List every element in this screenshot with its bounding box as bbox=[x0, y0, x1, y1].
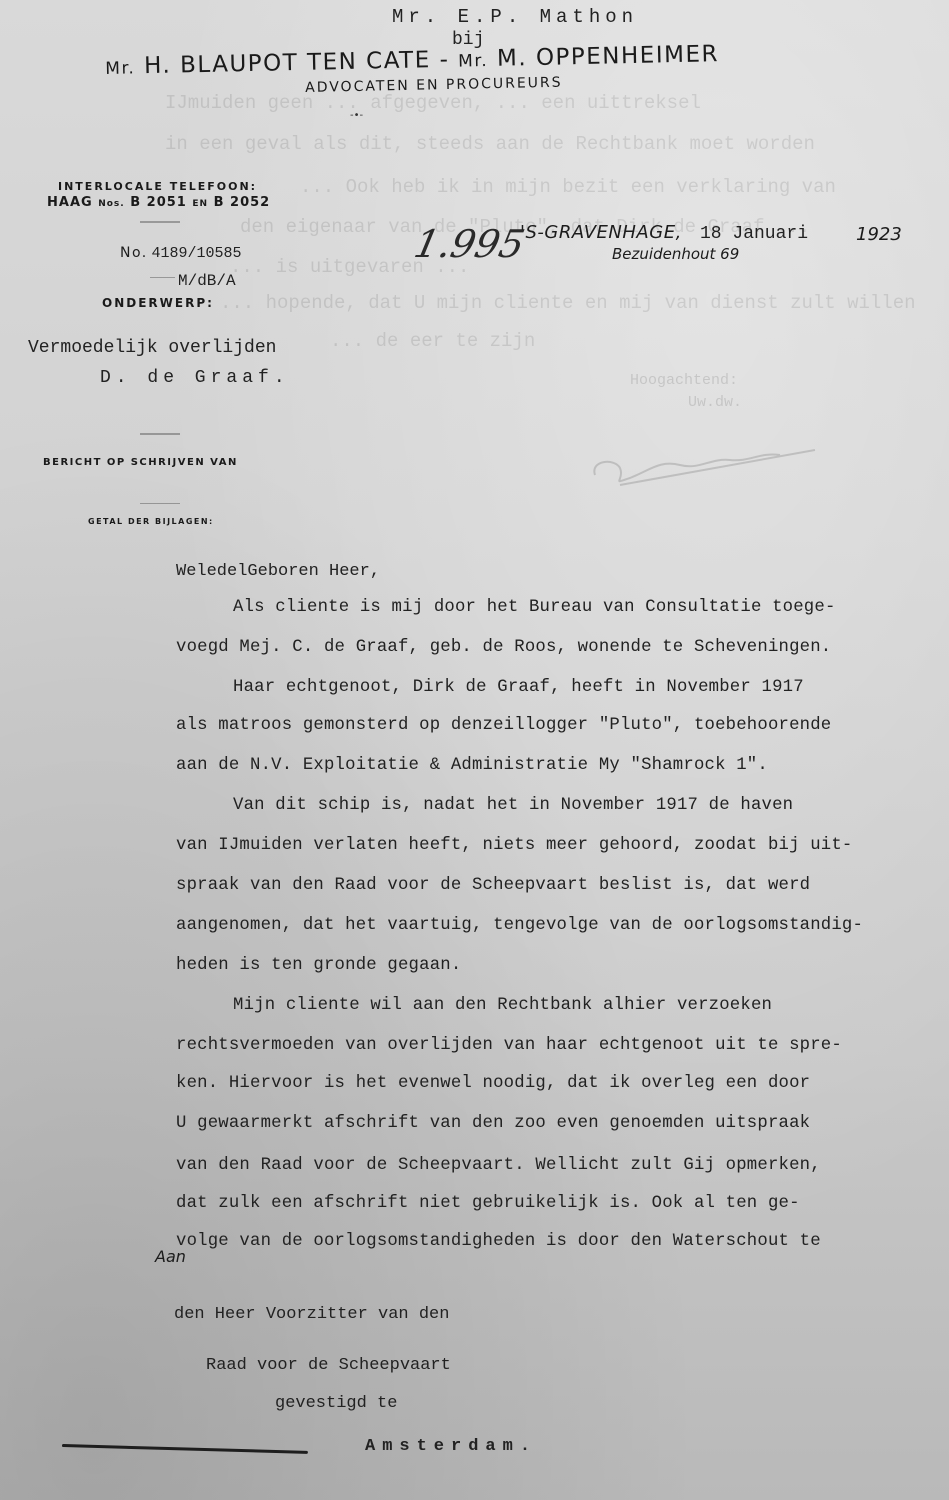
reply-to-label: BERICHT OP SCHRIJVEN VAN bbox=[43, 457, 238, 468]
letter-line: rechtsvermoeden van overlijden van haar … bbox=[176, 1036, 842, 1055]
letter-line: ken. Hiervoor is het evenwel noodig, dat… bbox=[176, 1074, 810, 1093]
attachments-label: GETAL DER BIJLAGEN: bbox=[88, 517, 214, 526]
reference-initials: M/dB/A bbox=[178, 272, 236, 290]
letter-line: Als cliente is mij door het Bureau van C… bbox=[233, 598, 836, 617]
telephone-en: EN bbox=[192, 199, 208, 209]
reference-number: No. 4189/10585 bbox=[120, 245, 242, 262]
divider bbox=[140, 503, 180, 504]
handwritten-number: 1.995 bbox=[410, 222, 528, 266]
telephone-numbers: HAAG Nos. B 2051 EN B 2052 bbox=[47, 195, 270, 210]
addressee-line-2: Raad voor de Scheepvaart bbox=[206, 1356, 451, 1375]
addressee-line-3: gevestigd te bbox=[275, 1394, 397, 1413]
telephone-prefix: HAAG bbox=[47, 195, 98, 210]
firm-prefix-1: Mr. bbox=[105, 58, 135, 79]
city: 'S-GRAVENHAGE, bbox=[520, 222, 682, 243]
divider bbox=[150, 277, 175, 278]
letter-line: als matroos gemonsterd op denzeillogger … bbox=[176, 716, 831, 735]
telephone-number-2: B 2052 bbox=[208, 195, 270, 210]
reference-label: No. bbox=[120, 245, 148, 261]
typed-sender-name: Mr. E.P. Mathon bbox=[392, 6, 638, 28]
letter-line: heden is ten gronde gegaan. bbox=[176, 956, 461, 975]
firm-name: Mr. H. BLAUPOT TEN CATE - Mr. M. OPPENHE… bbox=[105, 41, 719, 80]
bleed-line: in een geval als dit, steeds aan de Rech… bbox=[165, 133, 815, 155]
date: 18 Januari bbox=[700, 224, 808, 244]
signature-bleed-icon bbox=[590, 430, 820, 490]
subject-line-1: Vermoedelijk overlijden bbox=[28, 338, 276, 358]
divider bbox=[140, 433, 180, 435]
bleed-closing: Hoogachtend: bbox=[630, 372, 738, 389]
divider bbox=[140, 221, 180, 223]
bleed-line: ... hopende, dat U mijn cliente en mij v… bbox=[220, 292, 916, 314]
telephone-nos: Nos. bbox=[98, 199, 125, 209]
addressee-line-1: den Heer Voorzitter van den bbox=[174, 1305, 449, 1324]
letter-line: Haar echtgenoot, Dirk de Graaf, heeft in… bbox=[233, 678, 804, 697]
letter-line: van IJmuiden verlaten heeft, niets meer … bbox=[176, 836, 853, 855]
firm-partner-1: H. BLAUPOT TEN CATE - bbox=[135, 47, 458, 80]
telephone-label: INTERLOCALE TELEFOON: bbox=[58, 180, 257, 193]
letter-line: aangenomen, dat het vaartuig, tengevolge… bbox=[176, 916, 863, 935]
ornament-divider-icon: -•- bbox=[350, 110, 363, 121]
letter-line: volge van de oorlogsomstandigheden is do… bbox=[176, 1232, 821, 1251]
bleed-closing-initials: Uw.dw. bbox=[688, 394, 742, 411]
telephone-number-1: B 2051 bbox=[125, 195, 193, 210]
addressee-city: Amsterdam. bbox=[365, 1437, 537, 1456]
letter-line: aan de N.V. Exploitatie & Administratie … bbox=[176, 756, 768, 775]
letter-line: van den Raad voor de Scheepvaart. Wellic… bbox=[176, 1156, 821, 1175]
pen-stroke bbox=[62, 1444, 308, 1454]
subject-label: ONDERWERP: bbox=[102, 296, 214, 310]
letter-line: U gewaarmerkt afschrift van den zoo even… bbox=[176, 1114, 810, 1133]
addressee-aan-label: Aan bbox=[155, 1247, 186, 1266]
bleed-line: IJmuiden geen ... afgegeven, ... een uit… bbox=[165, 92, 701, 114]
firm-prefix-2: Mr. bbox=[458, 51, 488, 72]
bleed-line: ... Ook heb ik in mijn bezit een verklar… bbox=[300, 176, 836, 198]
letter-line: spraak van den Raad voor de Scheepvaart … bbox=[176, 876, 810, 895]
letter-line: dat zulk een afschrift niet gebruikelijk… bbox=[176, 1194, 800, 1213]
year: 1923 bbox=[856, 224, 902, 245]
sender-address: Bezuidenhout 69 bbox=[612, 245, 739, 263]
subject-line-2: D. de Graaf. bbox=[100, 368, 290, 388]
salutation: WeledelGeboren Heer, bbox=[176, 562, 380, 581]
firm-partner-2: M. OPPENHEIMER bbox=[488, 41, 719, 72]
letter-line: Van dit schip is, nadat het in November … bbox=[233, 796, 793, 815]
bleed-line: ... de eer te zijn bbox=[330, 330, 535, 352]
letter-line: voegd Mej. C. de Graaf, geb. de Roos, wo… bbox=[176, 638, 831, 657]
reference-value: 4189/10585 bbox=[152, 245, 242, 262]
letter-line: Mijn cliente wil aan den Rechtbank alhie… bbox=[233, 996, 772, 1015]
